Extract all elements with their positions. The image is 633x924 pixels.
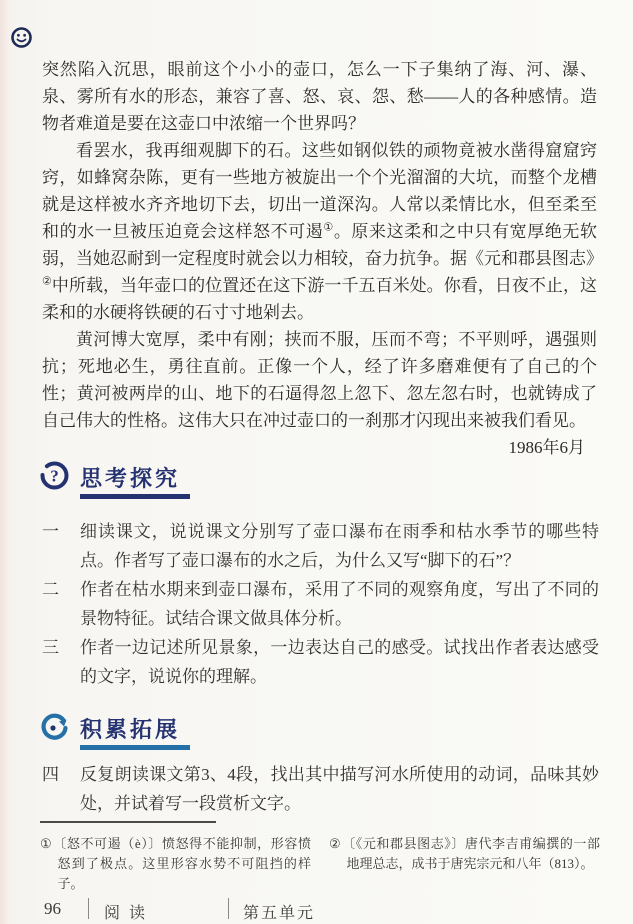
footer-divider — [228, 898, 229, 919]
section-underline — [80, 494, 190, 499]
article-body: 突然陷入沉思，眼前这个小小的壶口，怎么一下子集纳了海、河、瀑、泉、雾所有水的形态… — [42, 56, 597, 461]
section-underline — [80, 745, 190, 750]
footer-divider — [88, 898, 89, 919]
textbook-page: 突然陷入沉思，眼前这个小小的壶口，怎么一下子集纳了海、河、瀑、泉、雾所有水的形态… — [0, 0, 633, 924]
footer-section-label: 阅读 — [104, 900, 154, 923]
paragraph-1: 突然陷入沉思，眼前这个小小的壶口，怎么一下子集纳了海、河、瀑、泉、雾所有水的形态… — [42, 56, 597, 137]
circular-arrow-icon — [40, 712, 69, 741]
footer-unit-label: 第五单元 — [243, 900, 315, 923]
exercise-text: 反复朗读课文第3、4段，找出其中描写河水所使用的动词，品味其妙处，并试着写一段赏… — [80, 760, 599, 818]
question-circle-icon: ? — [40, 461, 69, 490]
footnote-marker: ② — [329, 836, 341, 851]
footnote-marker: ① — [40, 836, 52, 851]
exercise-number: 四 — [42, 760, 72, 789]
exercise-text: 作者一边记述所见景象，一边表达自己的感受。试找出作者表达感受的文字，说说你的理解… — [80, 633, 599, 691]
paragraph-2: 看罢水，我再细观脚下的石。这些如钢似铁的顽物竟被水凿得窟窟窍窍，如蜂窝杂陈，更有… — [42, 137, 597, 326]
exercise-text: 作者在枯水期来到壶口瀑布，采用了不同的观察角度，写出了不同的景物特征。试结合课文… — [80, 575, 599, 633]
article-date: 1986年6月 — [42, 434, 597, 461]
exercise-number: 三 — [42, 633, 72, 662]
footnotes: ①〔怒不可遏（è）〕愤怒得不能抑制，形容愤怒到了极点。这里形容水势不可阻挡的样子… — [40, 834, 600, 894]
footnote-separator — [40, 821, 216, 823]
section-title: 思考探究 — [80, 462, 180, 493]
page-footer: 96 阅读 第五单元 — [0, 897, 633, 924]
svg-text:?: ? — [50, 467, 59, 486]
section-title: 积累拓展 — [80, 713, 180, 744]
exercise-number: 二 — [42, 575, 72, 604]
footnote-text: 〔怒不可遏（è）〕愤怒得不能抑制，形容愤怒到了极点。这里形容水势不可阻挡的样子。 — [53, 836, 311, 891]
footnote-2: ②〔《元和郡县图志》〕唐代李吉甫编撰的一部地理总志，成书于唐宪宗元和八年（813… — [329, 834, 600, 894]
paragraph-3: 黄河博大宽厚，柔中有刚；挟而不服，压而不弯；不平则呼，遇强则抗；死地必生，勇往直… — [42, 326, 597, 434]
exercise-list-accumulate: 四 反复朗读课文第3、4段，找出其中描写河水所使用的动词，品味其妙处，并试着写一… — [42, 760, 599, 818]
exercise-item-2: 二 作者在枯水期来到壶口瀑布，采用了不同的观察角度，写出了不同的景物特征。试结合… — [42, 575, 599, 633]
exercise-number: 一 — [42, 517, 72, 546]
exercise-item-1: 一 细读课文，说说课文分别写了壶口瀑布在雨季和枯水季节的哪些特点。作者写了壶口瀑… — [42, 517, 599, 575]
exercise-item-3: 三 作者一边记述所见景象，一边表达自己的感受。试找出作者表达感受的文字，说说你的… — [42, 633, 599, 691]
exercise-list-think: 一 细读课文，说说课文分别写了壶口瀑布在雨季和枯水季节的哪些特点。作者写了壶口瀑… — [42, 517, 599, 691]
paragraph-2-text-c: 中所载，当年壶口的位置还在这下游一千五百米处。你看，日夜不止，这柔和的水硬将铁硬… — [42, 276, 597, 322]
exercise-item-4: 四 反复朗读课文第3、4段，找出其中描写河水所使用的动词，品味其妙处，并试着写一… — [42, 760, 599, 818]
footnote-ref-2: ② — [42, 275, 52, 287]
footnote-1: ①〔怒不可遏（è）〕愤怒得不能抑制，形容愤怒到了极点。这里形容水势不可阻挡的样子… — [40, 834, 311, 894]
footnote-text: 〔《元和郡县图志》〕唐代李吉甫编撰的一部地理总志，成书于唐宪宗元和八年（813）… — [342, 836, 600, 871]
footnote-ref-1: ① — [323, 221, 333, 233]
exercise-text: 细读课文，说说课文分别写了壶口瀑布在雨季和枯水季节的哪些特点。作者写了壶口瀑布的… — [80, 517, 599, 575]
page-number: 96 — [44, 899, 61, 919]
smiley-icon — [11, 27, 32, 48]
